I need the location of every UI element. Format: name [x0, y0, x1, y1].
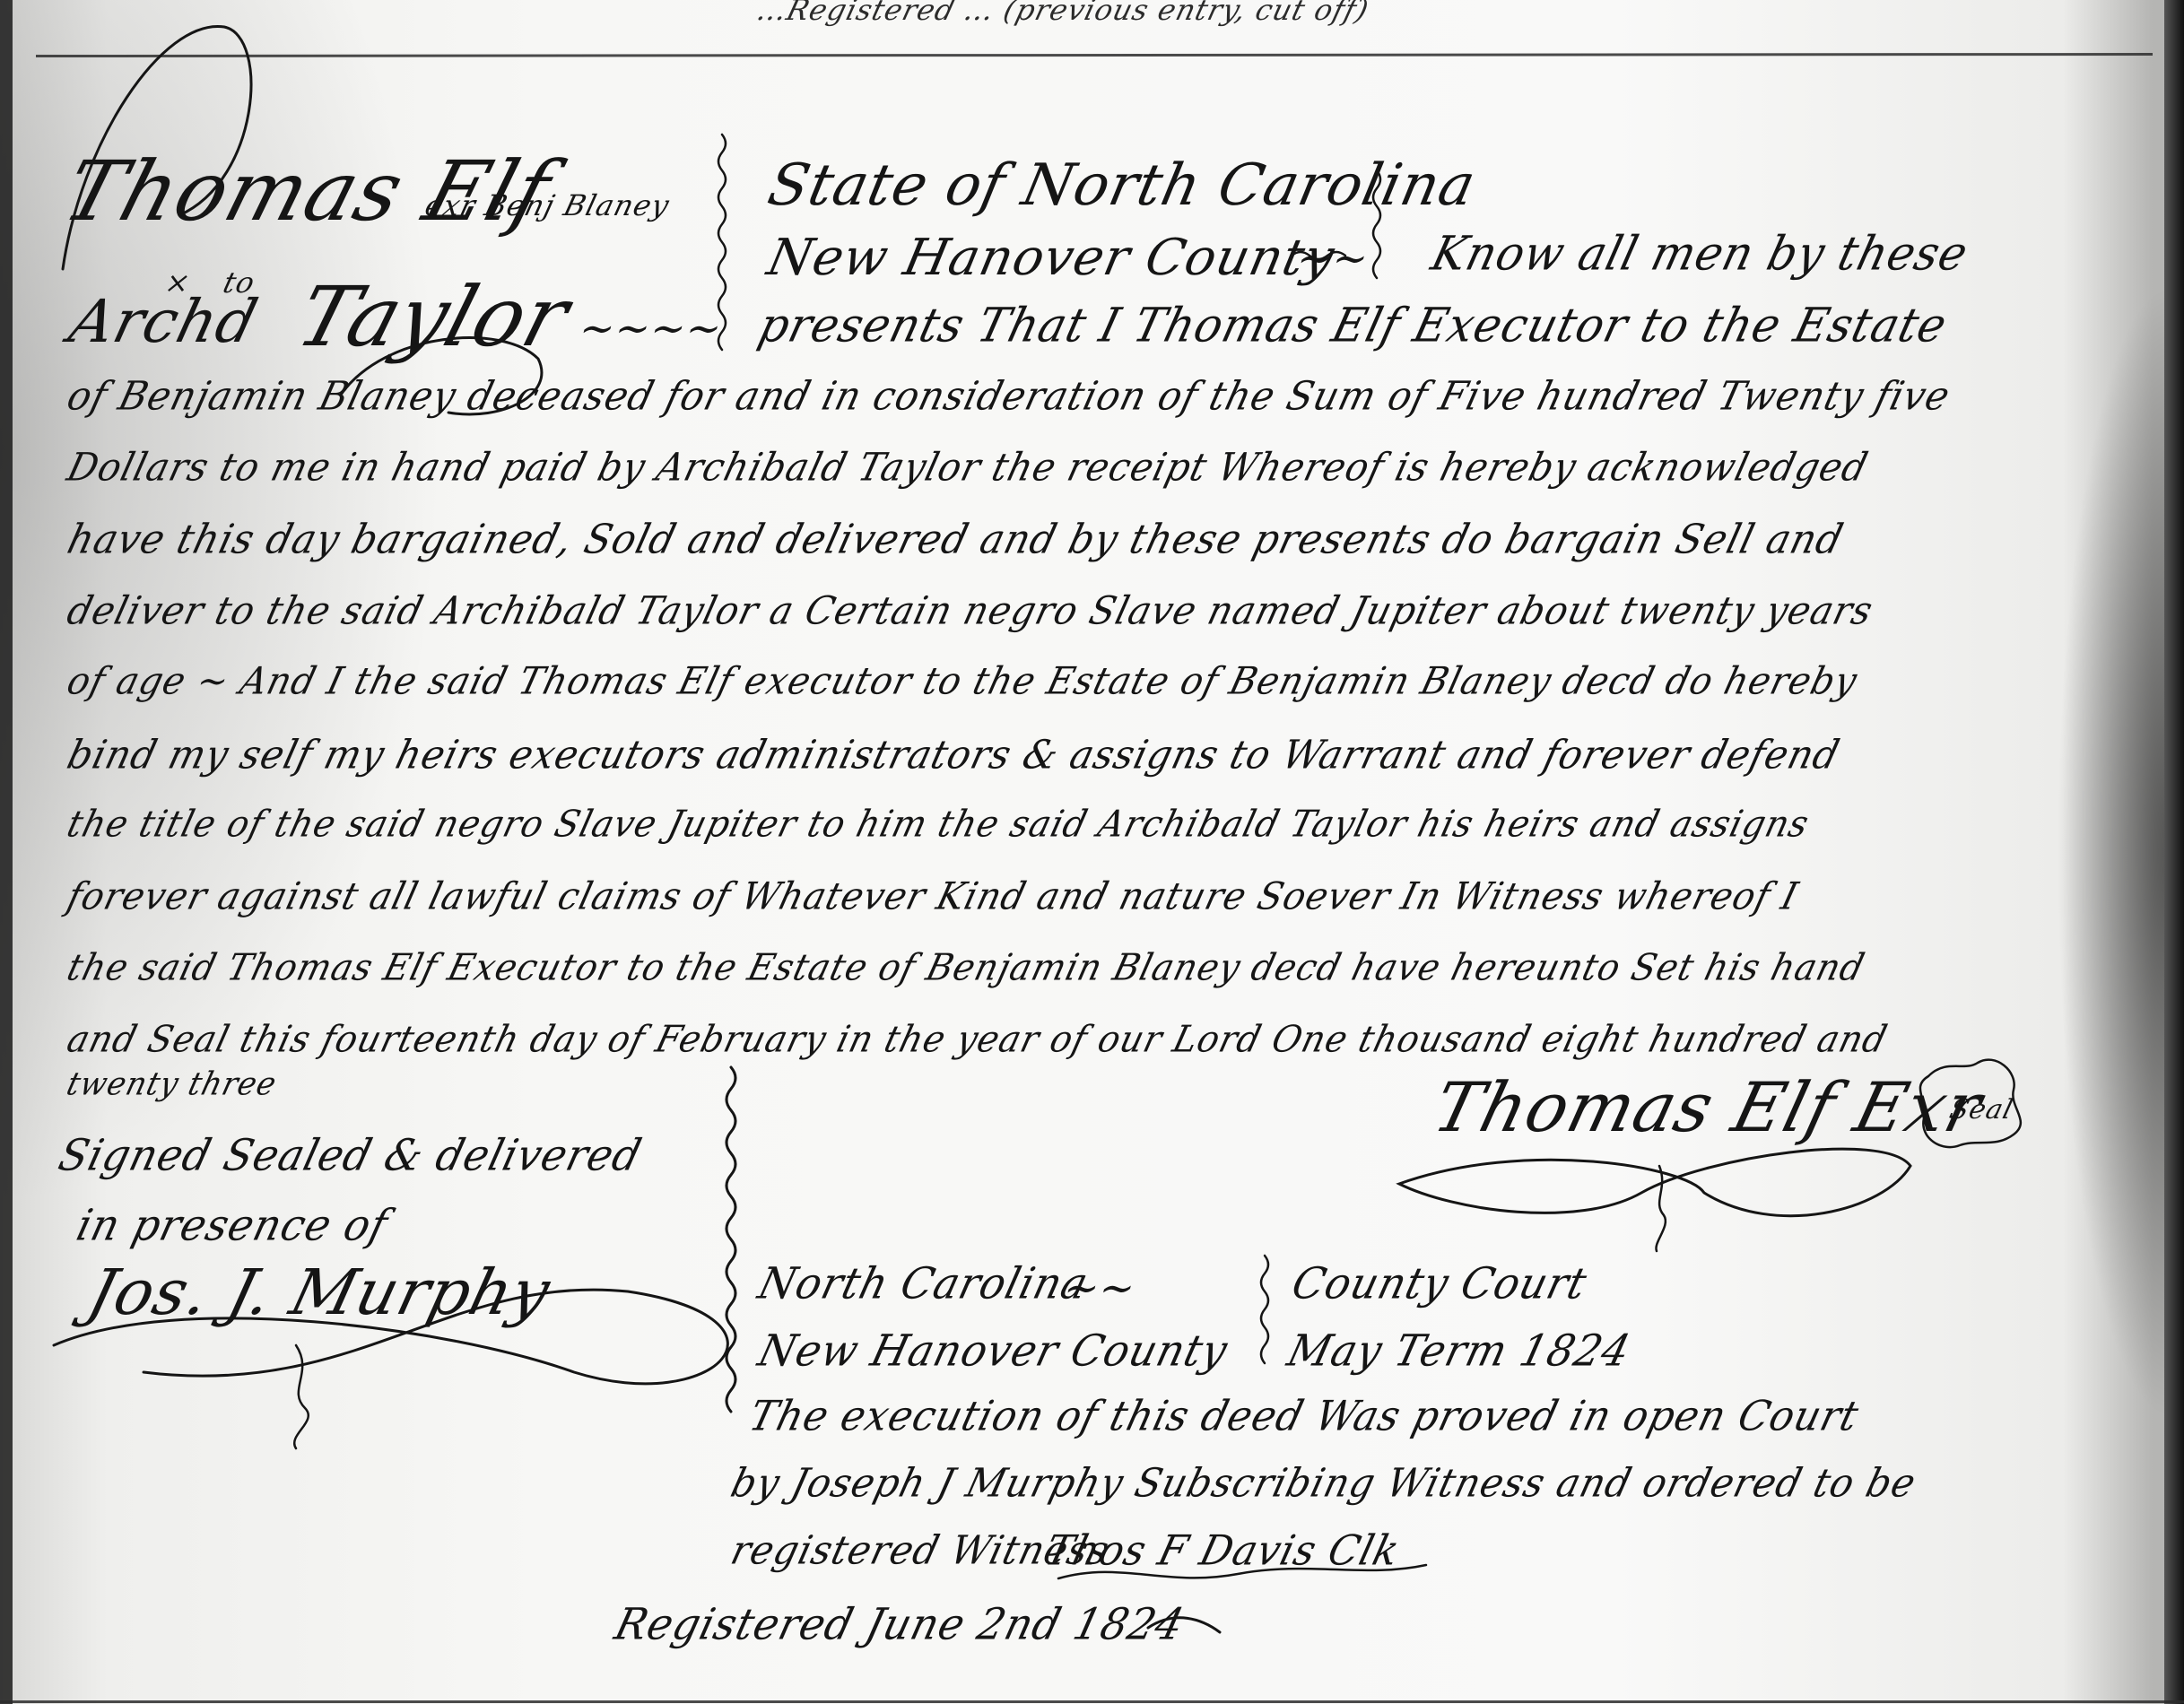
probate-state: North Carolina — [753, 1257, 1094, 1308]
probate-term: May Term 1824 — [1283, 1325, 1636, 1376]
body-line-1: Know all men by these — [1426, 226, 1974, 281]
bottom-rule — [0, 1700, 2184, 1703]
attestation-line-2: in presence of — [72, 1199, 394, 1250]
body-line-3: of Benjamin Blaney deceased for and in c… — [63, 373, 1955, 419]
heading-state: State of North Carolina — [762, 152, 1482, 219]
probate-dash: ~~ — [1058, 1262, 1142, 1313]
body-line-8: bind my self my heirs executors administ… — [63, 732, 1845, 778]
deed-page: …Registered … (previous entry, cut off) … — [0, 0, 2184, 1704]
attestation-line-1: Signed Sealed & delivered — [54, 1129, 647, 1180]
page-right-edge-shadow — [2164, 0, 2184, 1704]
probate-text-1: The execution of this deed Was proved in… — [744, 1392, 1864, 1440]
margin-dash: ~~~~ — [574, 302, 728, 353]
previous-entry-fragment: …Registered … (previous entry, cut off) — [753, 0, 1372, 27]
probate-county: New Hanover County — [753, 1325, 1233, 1376]
body-line-9: the title of the said negro Slave Jupite… — [63, 804, 1814, 846]
grantor-seal: Seal — [1946, 1094, 2017, 1126]
body-line-12: and Seal this fourteenth day of February… — [63, 1019, 1892, 1061]
body-line-4: Dollars to me in hand paid by Archibald … — [63, 445, 1873, 490]
body-line-10: forever against all lawful claims of Wha… — [63, 875, 1803, 918]
body-line-5: have this day bargained, Sold and delive… — [63, 517, 1849, 564]
margin-grantee-first: Archd — [63, 287, 265, 356]
body-line-13: twenty three — [63, 1065, 281, 1103]
page-left-binding-shadow — [0, 0, 13, 1704]
margin-grantee-last: Taylor — [287, 269, 580, 365]
heading-county: New Hanover County — [762, 229, 1340, 287]
registration-note: Registered June 2nd 1824 — [610, 1598, 1189, 1649]
margin-grantor-suffix: exr Benj Blaney — [422, 188, 674, 222]
heading-dash: ~~ — [1292, 232, 1375, 283]
body-line-11: the said Thomas Elf Executor to the Esta… — [63, 947, 1869, 989]
body-line-6: deliver to the said Archibald Taylor a C… — [63, 588, 1878, 633]
body-line-7: of age ~ And I the said Thomas Elf execu… — [63, 660, 1862, 703]
probate-text-2: by Joseph J Murphy Subscribing Witness a… — [727, 1460, 1921, 1506]
witness-signature: Jos. J. Murphy — [81, 1256, 558, 1329]
probate-court: County Court — [1287, 1257, 1592, 1308]
grantor-signature: Thomas Elf Exr — [1426, 1067, 1990, 1147]
clerk-signature: Thos F Davis Clk — [1040, 1526, 1405, 1575]
top-rule — [36, 53, 2153, 57]
body-line-2: presents That I Thomas Elf Executor to t… — [753, 298, 1953, 352]
